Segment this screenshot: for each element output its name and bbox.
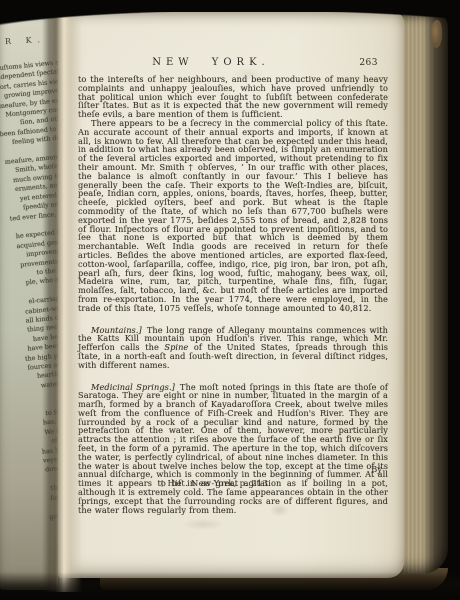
paragraph-medicinal-springs: Medicinal Springs.]The moſt noted ſpring… bbox=[78, 383, 388, 515]
left-page-running-head-fragment: R K. bbox=[5, 35, 47, 46]
book-photograph: R K. cuſtoms his views as independent ſp… bbox=[0, 0, 460, 600]
paragraph-text: There appears to be a ſecrecy in the com… bbox=[78, 118, 388, 313]
paragraph-text: The moſt noted ſprings in this ſtate are… bbox=[78, 382, 388, 515]
catchword: By bbox=[371, 464, 382, 474]
paragraph-continuation: to the intereſts of her neighbours, and … bbox=[78, 75, 388, 119]
fore-edge-pages bbox=[400, 14, 448, 574]
page-header: NEW YORK. 263 bbox=[58, 57, 404, 71]
left-page-text-fragments: cuſtoms his views as independent ſpectat… bbox=[0, 58, 58, 528]
footnote: † Hiſt. New-York, p. 213. bbox=[160, 478, 271, 488]
paragraph-commerce: There appears to be a ſecrecy in the com… bbox=[78, 119, 388, 313]
page-number: 263 bbox=[359, 58, 378, 68]
previous-page-sliver: R K. cuſtoms his views as independent ſp… bbox=[0, 10, 58, 590]
running-head: NEW YORK. bbox=[58, 57, 364, 68]
page: NEW YORK. 263 to the intereſts of her ne… bbox=[58, 12, 404, 578]
paragraph-text: to the intereſts of her neighbours, and … bbox=[78, 74, 388, 119]
text-column: to the intereſts of her neighbours, and … bbox=[78, 75, 388, 514]
paragraph-mountains: Mountains.]The long range of Allegany mo… bbox=[78, 326, 388, 370]
